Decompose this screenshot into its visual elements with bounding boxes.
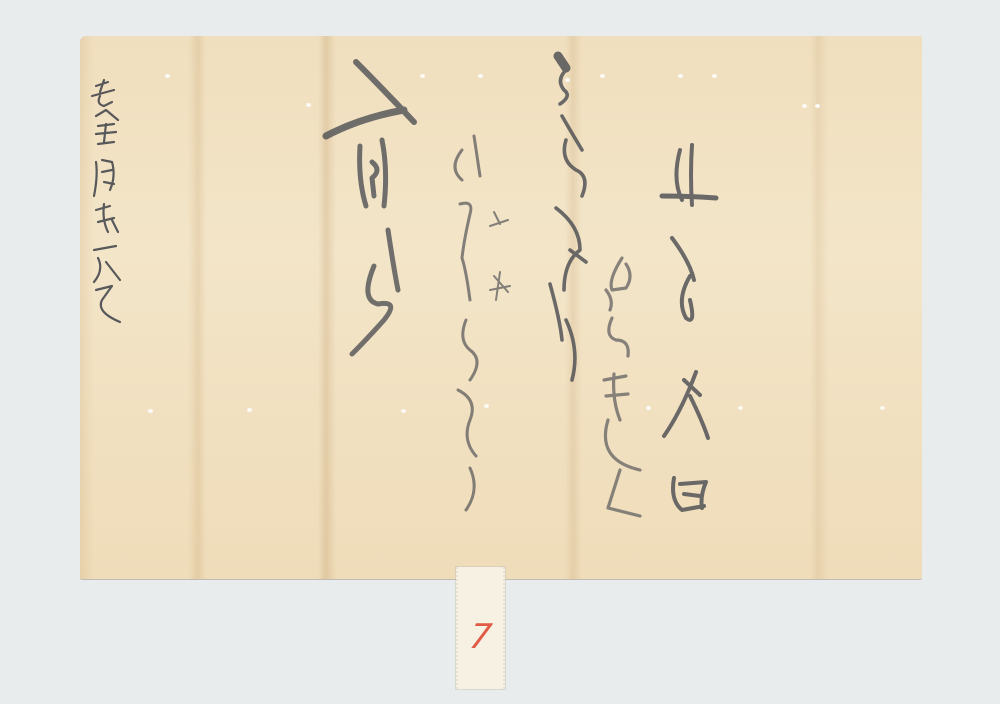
pin-hole [600,74,605,78]
pin-hole [478,74,483,78]
manuscript-sheet [80,36,922,579]
pin-hole [420,74,425,78]
pin-hole [306,103,311,107]
pin-hole [401,409,406,413]
pin-hole [712,74,717,78]
pin-hole [148,409,153,413]
pin-hole [738,406,743,410]
pin-hole [802,104,807,108]
catalog-number: 7 [465,617,496,657]
pin-hole [646,406,651,410]
pin-hole [247,408,252,412]
catalog-number-tag: 7 [456,567,505,689]
pin-hole [815,104,820,108]
pin-hole [565,78,570,82]
pin-hole [880,406,885,410]
pin-hole [484,404,489,408]
pin-hole [165,74,170,78]
pin-hole [678,74,683,78]
margin-label-text: 若金漆志之 [86,74,130,254]
